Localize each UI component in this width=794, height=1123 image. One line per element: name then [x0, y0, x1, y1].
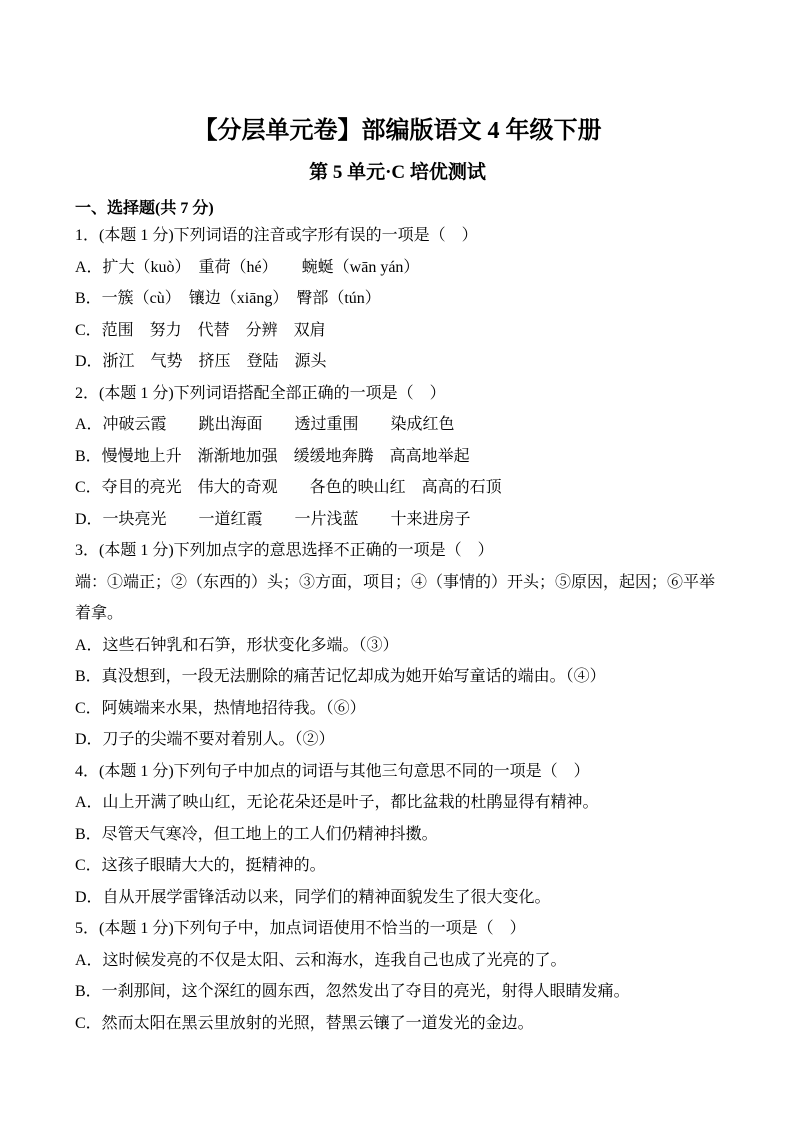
question-3-option-a: A．这些石钟乳和石笋，形状变化多端。（③）	[75, 630, 720, 662]
question-1: 1．(本题 1 分)下列词语的注音或字形有误的一项是（ ） A．扩大（kuò） …	[75, 220, 720, 378]
question-2-option-c: C．夺目的亮光 伟大的奇观 各色的映山红 高高的石顶	[75, 472, 720, 504]
question-2-option-b: B．慢慢地上升 渐渐地加强 缓缓地奔腾 高高地举起	[75, 441, 720, 473]
question-1-option-d: D．浙江 气势 挤压 登陆 源头	[75, 346, 720, 378]
question-2-option-d: D．一块亮光 一道红霞 一片浅蓝 十来进房子	[75, 504, 720, 536]
question-5: 5．(本题 1 分)下列句子中，加点词语使用不恰当的一项是（ ） A．这时候发亮…	[75, 913, 720, 1039]
question-4-stem: 4．(本题 1 分)下列句子中加点的词语与其他三句意思不同的一项是（ ）	[75, 756, 720, 788]
question-4-option-a: A．山上开满了映山红，无论花朵还是叶子，都比盆栽的杜鹃显得有精神。	[75, 787, 720, 819]
question-1-option-b: B．一簇（cù） 镶边（xiāng） 臀部（tún）	[75, 283, 720, 315]
question-4-option-d: D．自从开展学雷锋活动以来，同学们的精神面貌发生了很大变化。	[75, 882, 720, 914]
question-2-stem: 2．(本题 1 分)下列词语搭配全部正确的一项是（ ）	[75, 378, 720, 410]
question-3-stem: 3．(本题 1 分)下列加点字的意思选择不正确的一项是（ ）	[75, 535, 720, 567]
question-3-option-c: C．阿姨端来水果，热情地招待我。（⑥）	[75, 693, 720, 725]
question-5-option-b: B．一刹那间，这个深红的圆东西，忽然发出了夺目的亮光，射得人眼睛发痛。	[75, 976, 720, 1008]
section-heading: 一、选择题(共 7 分)	[75, 198, 720, 220]
question-2: 2．(本题 1 分)下列词语搭配全部正确的一项是（ ） A．冲破云霞 跳出海面 …	[75, 378, 720, 536]
question-1-option-c: C．范围 努力 代替 分辨 双肩	[75, 315, 720, 347]
question-4-option-c: C．这孩子眼睛大大的，挺精神的。	[75, 850, 720, 882]
question-3: 3．(本题 1 分)下列加点字的意思选择不正确的一项是（ ） 端：①端正；②（东…	[75, 535, 720, 756]
document-page: 【分层单元卷】部编版语文 4 年级下册 第 5 单元·C 培优测试 一、选择题(…	[0, 0, 794, 1123]
question-5-option-a: A．这时候发亮的不仅是太阳、云和海水，连我自己也成了光亮的了。	[75, 945, 720, 977]
question-1-option-a: A．扩大（kuò） 重荷（hé） 蜿蜒（wān yán）	[75, 252, 720, 284]
document-title: 【分层单元卷】部编版语文 4 年级下册	[75, 112, 720, 150]
question-4-option-b: B．尽管天气寒冷，但工地上的工人们仍精神抖擞。	[75, 819, 720, 851]
question-2-option-a: A．冲破云霞 跳出海面 透过重围 染成红色	[75, 409, 720, 441]
question-4: 4．(本题 1 分)下列句子中加点的词语与其他三句意思不同的一项是（ ） A．山…	[75, 756, 720, 914]
question-5-stem: 5．(本题 1 分)下列句子中，加点词语使用不恰当的一项是（ ）	[75, 913, 720, 945]
question-3-option-d: D．刀子的尖端不要对着别人。（②）	[75, 724, 720, 756]
question-3-definition: 端：①端正；②（东西的）头；③方面，项目；④（事情的）开头；⑤原因，起因；⑥平举…	[75, 567, 720, 630]
question-3-option-b: B．真没想到，一段无法删除的痛苦记忆却成为她开始写童话的端由。（④）	[75, 661, 720, 693]
question-1-stem: 1．(本题 1 分)下列词语的注音或字形有误的一项是（ ）	[75, 220, 720, 252]
question-5-option-c: C．然而太阳在黑云里放射的光照，替黑云镶了一道发光的金边。	[75, 1008, 720, 1040]
document-subtitle: 第 5 单元·C 培优测试	[75, 158, 720, 188]
